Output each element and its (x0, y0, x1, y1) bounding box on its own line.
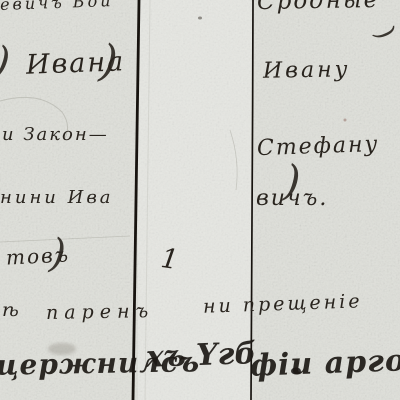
paper-texture (0, 0, 400, 400)
middle-column-light-band (138, 0, 252, 400)
manuscript-scan-page: евичъ Вои Сродные ) ) Ивана ) Ивану и За… (0, 0, 400, 400)
